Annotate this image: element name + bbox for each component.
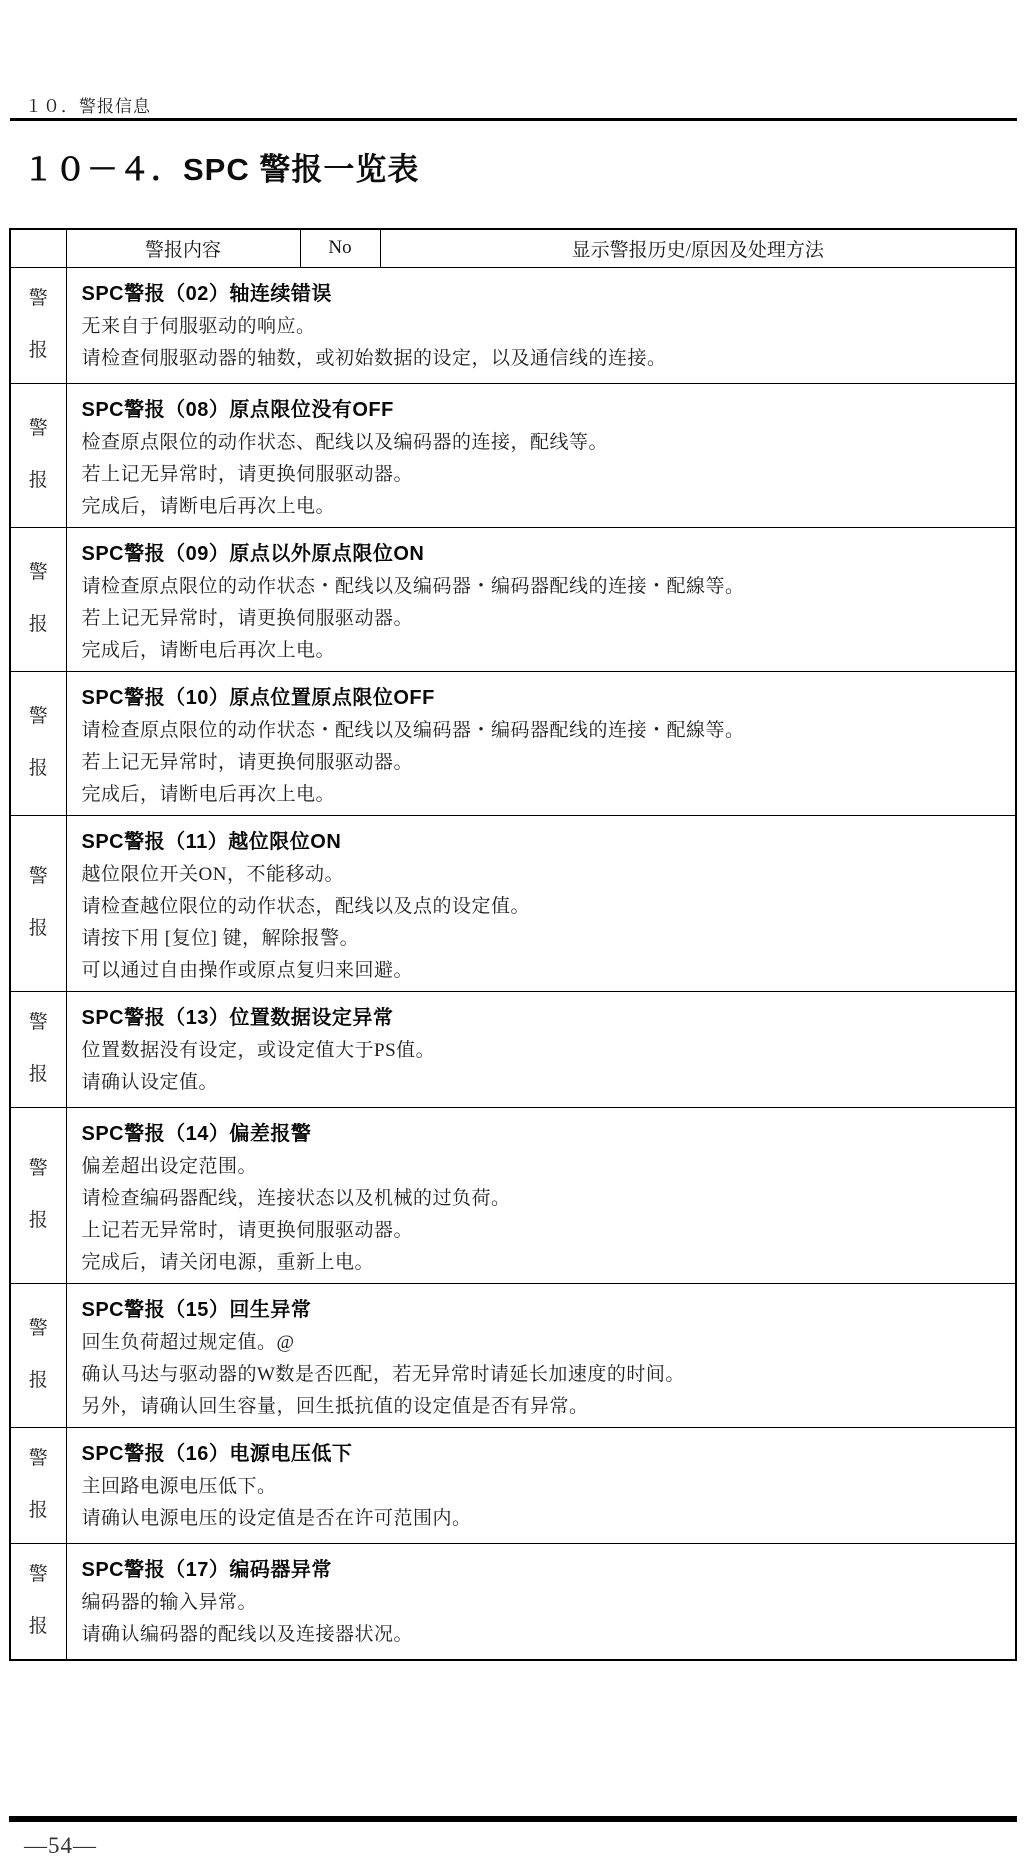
alarm-description-line: 完成后，请关闭电源，重新上电。 bbox=[82, 1247, 1004, 1279]
alarm-mark-label: 警报 bbox=[28, 851, 49, 955]
alarm-title: SPC警报（17）编码器异常 bbox=[82, 1553, 1004, 1587]
alarm-description: 位置数据没有设定，或设定值大于PS值。请确认设定值。 bbox=[82, 1035, 1004, 1099]
alarm-description-line: 请检查编码器配线，连接状态以及机械的过负荷。 bbox=[82, 1183, 1004, 1215]
alarm-content: SPC警报（13）位置数据设定异常 位置数据没有设定，或设定值大于PS值。请确认… bbox=[82, 1001, 1004, 1103]
alarm-content: SPC警报（10）原点位置原点限位OFF 请检查原点限位的动作状态・配线以及编码… bbox=[82, 681, 1004, 811]
alarm-content: SPC警报（17）编码器异常 编码器的输入异常。请确认编码器的配线以及连接器状况… bbox=[82, 1553, 1004, 1655]
alarm-mark-cell: 警报 bbox=[10, 383, 66, 527]
alarm-mark-cell: 警报 bbox=[10, 1427, 66, 1543]
alarm-title: SPC警报（15）回生异常 bbox=[82, 1293, 1004, 1327]
alarm-mark-label: 警报 bbox=[28, 1433, 49, 1537]
page-title: １０－４．SPC 警报一览表 bbox=[23, 144, 419, 189]
alarm-content: SPC警报（11）越位限位ON 越位限位开关ON，不能移动。请检查越位限位的动作… bbox=[82, 825, 1004, 987]
alarm-description: 编码器的输入异常。请确认编码器的配线以及连接器状况。 bbox=[82, 1587, 1004, 1651]
alarm-title: SPC警报（09）原点以外原点限位ON bbox=[82, 537, 1004, 571]
alarm-mark-label: 警报 bbox=[28, 997, 49, 1101]
alarm-content-cell: SPC警报（15）回生异常 回生负荷超过规定值。@确认马达与驱动器的W数是否匹配… bbox=[66, 1283, 1016, 1427]
alarm-title: SPC警报（11）越位限位ON bbox=[82, 825, 1004, 859]
alarm-title: SPC警报（13）位置数据设定异常 bbox=[82, 1001, 1004, 1035]
alarm-description: 检查原点限位的动作状态、配线以及编码器的连接，配线等。若上记无异常时，请更换伺服… bbox=[82, 427, 1004, 523]
alarm-title: SPC警报（14）偏差报警 bbox=[82, 1117, 1004, 1151]
alarm-description-line: 另外，请确认回生容量，回生抵抗值的设定值是否有异常。 bbox=[82, 1391, 1004, 1423]
alarm-content-cell: SPC警报（17）编码器异常 编码器的输入异常。请确认编码器的配线以及连接器状况… bbox=[66, 1543, 1016, 1660]
alarm-description: 回生负荷超过规定值。@确认马达与驱动器的W数是否匹配，若无异常时请延长加速度的时… bbox=[82, 1327, 1004, 1423]
alarm-description-line: 编码器的输入异常。 bbox=[82, 1587, 1004, 1619]
alarm-content-cell: SPC警报（08）原点限位没有OFF 检查原点限位的动作状态、配线以及编码器的连… bbox=[66, 383, 1016, 527]
alarm-title: SPC警报（02）轴连续错误 bbox=[82, 277, 1004, 311]
alarm-description-line: 检查原点限位的动作状态、配线以及编码器的连接，配线等。 bbox=[82, 427, 1004, 459]
alarm-content-cell: SPC警报（13）位置数据设定异常 位置数据没有设定，或设定值大于PS值。请确认… bbox=[66, 991, 1016, 1107]
alarm-description-line: 若上记无异常时，请更换伺服驱动器。 bbox=[82, 459, 1004, 491]
alarm-content: SPC警报（16）电源电压低下 主回路电源电压低下。请确认电源电压的设定值是否在… bbox=[82, 1437, 1004, 1539]
alarm-description: 偏差超出设定范围。请检查编码器配线，连接状态以及机械的过负荷。上记若无异常时，请… bbox=[82, 1151, 1004, 1279]
alarm-table-header: 警报内容 No 显示警报历史/原因及处理方法 bbox=[10, 229, 1016, 267]
alarm-mark-label: 警报 bbox=[28, 273, 49, 377]
page-number: —54— bbox=[24, 1833, 97, 1859]
alarm-description-line: 请检查原点限位的动作状态・配线以及编码器・编码器配线的连接・配線等。 bbox=[82, 571, 1004, 603]
alarm-description-line: 请检查原点限位的动作状态・配线以及编码器・编码器配线的连接・配線等。 bbox=[82, 715, 1004, 747]
alarm-description-line: 位置数据没有设定，或设定值大于PS值。 bbox=[82, 1035, 1004, 1067]
alarm-table-body: 警报 SPC警报（02）轴连续错误 无来自于伺服驱动的响应。请检查伺服驱动器的轴… bbox=[10, 267, 1016, 1660]
column-header-no: No bbox=[300, 229, 380, 267]
manual-page: １０．警报信息 １０－４．SPC 警报一览表 警报内容 No 显示警报历史/原因… bbox=[0, 0, 1027, 1872]
alarm-description-line: 请确认电源电压的设定值是否在许可范围内。 bbox=[82, 1503, 1004, 1535]
alarm-description: 越位限位开关ON，不能移动。请检查越位限位的动作状态，配线以及点的设定值。请按下… bbox=[82, 859, 1004, 987]
alarm-content: SPC警报（08）原点限位没有OFF 检查原点限位的动作状态、配线以及编码器的连… bbox=[82, 393, 1004, 523]
alarm-content: SPC警报（02）轴连续错误 无来自于伺服驱动的响应。请检查伺服驱动器的轴数，或… bbox=[82, 277, 1004, 379]
alarm-mark-cell: 警报 bbox=[10, 1543, 66, 1660]
alarm-description-line: 若上记无异常时，请更换伺服驱动器。 bbox=[82, 603, 1004, 635]
alarm-description-line: 完成后，请断电后再次上电。 bbox=[82, 635, 1004, 667]
alarm-description: 主回路电源电压低下。请确认电源电压的设定值是否在许可范围内。 bbox=[82, 1471, 1004, 1535]
table-row: 警报 SPC警报（11）越位限位ON 越位限位开关ON，不能移动。请检查越位限位… bbox=[10, 815, 1016, 991]
alarm-mark-label: 警报 bbox=[28, 547, 49, 651]
spc-alarm-table: 警报内容 No 显示警报历史/原因及处理方法 警报 SPC警报（02）轴连续错误… bbox=[9, 228, 1017, 1661]
alarm-description-line: 请确认编码器的配线以及连接器状况。 bbox=[82, 1619, 1004, 1651]
alarm-mark-label: 警报 bbox=[28, 691, 49, 795]
alarm-description-line: 偏差超出设定范围。 bbox=[82, 1151, 1004, 1183]
alarm-description-line: 无来自于伺服驱动的响应。 bbox=[82, 311, 1004, 343]
alarm-description-line: 请确认设定值。 bbox=[82, 1067, 1004, 1099]
alarm-mark-label: 警报 bbox=[28, 1143, 49, 1247]
table-row: 警报 SPC警报（15）回生异常 回生负荷超过规定值。@确认马达与驱动器的W数是… bbox=[10, 1283, 1016, 1427]
alarm-description-line: 若上记无异常时，请更换伺服驱动器。 bbox=[82, 747, 1004, 779]
table-row: 警报 SPC警报（13）位置数据设定异常 位置数据没有设定，或设定值大于PS值。… bbox=[10, 991, 1016, 1107]
alarm-description-line: 回生负荷超过规定值。@ bbox=[82, 1327, 1004, 1359]
table-row: 警报 SPC警报（14）偏差报警 偏差超出设定范围。请检查编码器配线，连接状态以… bbox=[10, 1107, 1016, 1283]
alarm-description-line: 主回路电源电压低下。 bbox=[82, 1471, 1004, 1503]
alarm-mark-label: 警报 bbox=[28, 1549, 49, 1653]
alarm-description-line: 确认马达与驱动器的W数是否匹配，若无异常时请延长加速度的时间。 bbox=[82, 1359, 1004, 1391]
table-row: 警报 SPC警报（09）原点以外原点限位ON 请检查原点限位的动作状态・配线以及… bbox=[10, 527, 1016, 671]
alarm-content-cell: SPC警报（10）原点位置原点限位OFF 请检查原点限位的动作状态・配线以及编码… bbox=[66, 671, 1016, 815]
alarm-content-cell: SPC警报（11）越位限位ON 越位限位开关ON，不能移动。请检查越位限位的动作… bbox=[66, 815, 1016, 991]
header-divider bbox=[10, 118, 1017, 121]
alarm-description-line: 越位限位开关ON，不能移动。 bbox=[82, 859, 1004, 891]
alarm-mark-label: 警报 bbox=[28, 1303, 49, 1407]
alarm-description: 请检查原点限位的动作状态・配线以及编码器・编码器配线的连接・配線等。若上记无异常… bbox=[82, 571, 1004, 667]
section-header: １０．警报信息 bbox=[25, 92, 151, 117]
alarm-description-line: 完成后，请断电后再次上电。 bbox=[82, 491, 1004, 523]
alarm-description-line: 请检查越位限位的动作状态，配线以及点的设定值。 bbox=[82, 891, 1004, 923]
alarm-description-line: 上记若无异常时，请更换伺服驱动器。 bbox=[82, 1215, 1004, 1247]
alarm-title: SPC警报（08）原点限位没有OFF bbox=[82, 393, 1004, 427]
column-header-history-cause: 显示警报历史/原因及处理方法 bbox=[380, 229, 1016, 267]
alarm-mark-cell: 警报 bbox=[10, 991, 66, 1107]
alarm-description: 请检查原点限位的动作状态・配线以及编码器・编码器配线的连接・配線等。若上记无异常… bbox=[82, 715, 1004, 811]
alarm-mark-cell: 警报 bbox=[10, 267, 66, 383]
alarm-title: SPC警报（10）原点位置原点限位OFF bbox=[82, 681, 1004, 715]
alarm-content-cell: SPC警报（14）偏差报警 偏差超出设定范围。请检查编码器配线，连接状态以及机械… bbox=[66, 1107, 1016, 1283]
table-row: 警报 SPC警报（02）轴连续错误 无来自于伺服驱动的响应。请检查伺服驱动器的轴… bbox=[10, 267, 1016, 383]
alarm-title: SPC警报（16）电源电压低下 bbox=[82, 1437, 1004, 1471]
alarm-mark-cell: 警报 bbox=[10, 1107, 66, 1283]
header-row: 警报内容 No 显示警报历史/原因及处理方法 bbox=[10, 229, 1016, 267]
alarm-mark-cell: 警报 bbox=[10, 1283, 66, 1427]
alarm-mark-cell: 警报 bbox=[10, 527, 66, 671]
table-row: 警报 SPC警报（08）原点限位没有OFF 检查原点限位的动作状态、配线以及编码… bbox=[10, 383, 1016, 527]
alarm-description-line: 可以通过自由操作或原点复归来回避。 bbox=[82, 955, 1004, 987]
alarm-content: SPC警报（15）回生异常 回生负荷超过规定值。@确认马达与驱动器的W数是否匹配… bbox=[82, 1293, 1004, 1423]
alarm-content: SPC警报（14）偏差报警 偏差超出设定范围。请检查编码器配线，连接状态以及机械… bbox=[82, 1117, 1004, 1279]
alarm-mark-cell: 警报 bbox=[10, 815, 66, 991]
alarm-content-cell: SPC警报（09）原点以外原点限位ON 请检查原点限位的动作状态・配线以及编码器… bbox=[66, 527, 1016, 671]
alarm-content-cell: SPC警报（16）电源电压低下 主回路电源电压低下。请确认电源电压的设定值是否在… bbox=[66, 1427, 1016, 1543]
footer-divider bbox=[9, 1816, 1017, 1822]
alarm-description-line: 完成后，请断电后再次上电。 bbox=[82, 779, 1004, 811]
table-row: 警报 SPC警报（16）电源电压低下 主回路电源电压低下。请确认电源电压的设定值… bbox=[10, 1427, 1016, 1543]
alarm-content-cell: SPC警报（02）轴连续错误 无来自于伺服驱动的响应。请检查伺服驱动器的轴数，或… bbox=[66, 267, 1016, 383]
alarm-description: 无来自于伺服驱动的响应。请检查伺服驱动器的轴数，或初始数据的设定，以及通信线的连… bbox=[82, 311, 1004, 375]
alarm-mark-cell: 警报 bbox=[10, 671, 66, 815]
alarm-description-line: 请按下用 [复位] 键，解除报警。 bbox=[82, 923, 1004, 955]
table-row: 警报 SPC警报（17）编码器异常 编码器的输入异常。请确认编码器的配线以及连接… bbox=[10, 1543, 1016, 1660]
column-header-blank bbox=[10, 229, 66, 267]
alarm-mark-label: 警报 bbox=[28, 403, 49, 507]
column-header-alarm-content: 警报内容 bbox=[66, 229, 300, 267]
alarm-content: SPC警报（09）原点以外原点限位ON 请检查原点限位的动作状态・配线以及编码器… bbox=[82, 537, 1004, 667]
table-row: 警报 SPC警报（10）原点位置原点限位OFF 请检查原点限位的动作状态・配线以… bbox=[10, 671, 1016, 815]
alarm-description-line: 请检查伺服驱动器的轴数，或初始数据的设定，以及通信线的连接。 bbox=[82, 343, 1004, 375]
